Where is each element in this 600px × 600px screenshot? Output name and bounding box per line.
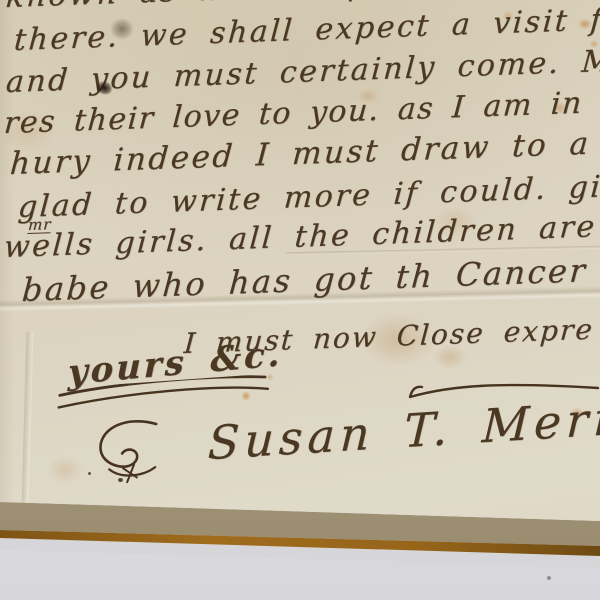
signature: Susan T. Merr bbox=[207, 395, 600, 466]
letter-photograph: known as more expressed a there. we shal… bbox=[0, 0, 600, 600]
vertical-fold-crease bbox=[22, 332, 34, 504]
ink-speck bbox=[118, 478, 123, 482]
ink-speck bbox=[88, 472, 91, 475]
pen-flourish-icon bbox=[88, 415, 168, 486]
ink-smudge bbox=[110, 18, 134, 40]
table-speck bbox=[547, 576, 551, 580]
